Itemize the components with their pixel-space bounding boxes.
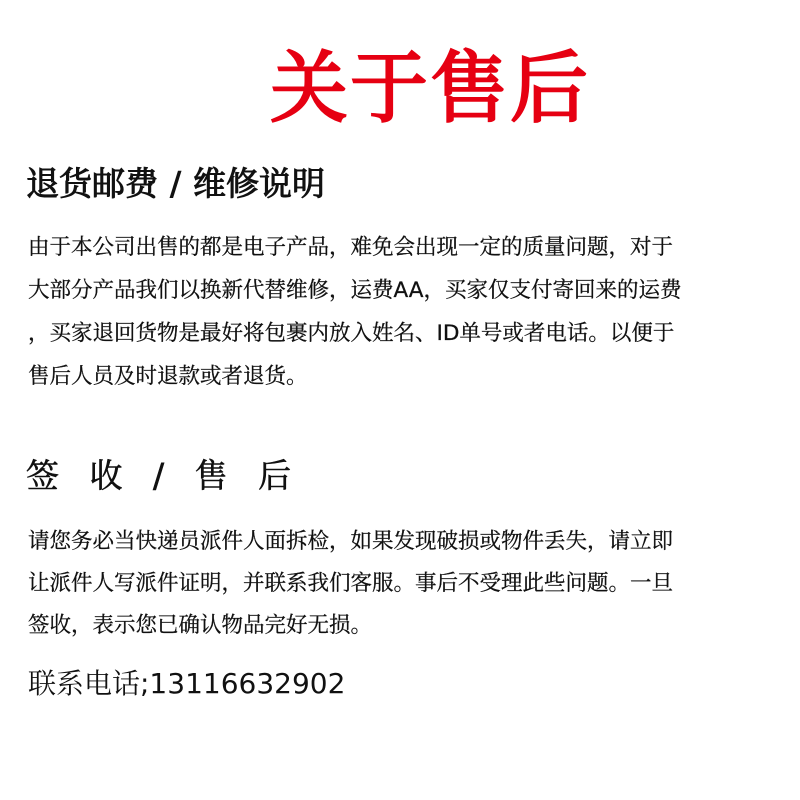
paragraph-line: 由于本公司出售的都是电子产品，难免会出现一定的质量问题，对于 <box>28 226 780 269</box>
contact-phone: 联系电话;13116632902 <box>28 664 345 704</box>
paragraph-line: 请您务必当快递员派件人面拆检，如果发现破损或物件丢失，请立即 <box>28 521 780 563</box>
paragraph-line: ，买家退回货物是最好将包裹内放入姓名、ID单号或者电话。以便于 <box>28 312 780 355</box>
paragraph-line: 大部分产品我们以换新代替维修，运费AA，买家仅支付寄回来的运费 <box>28 269 780 312</box>
section-heading-returns: 退货邮费 / 维修说明 <box>26 164 325 204</box>
signing-paragraph: 请您务必当快递员派件人面拆检，如果发现破损或物件丢失，请立即 让派件人写派件证明… <box>28 521 780 647</box>
returns-paragraph: 由于本公司出售的都是电子产品，难免会出现一定的质量问题，对于 大部分产品我们以换… <box>28 226 780 398</box>
paragraph-line: 售后人员及时退款或者退货。 <box>28 355 780 398</box>
paragraph-line: 签收，表示您已确认物品完好无损。 <box>28 605 780 647</box>
paragraph-line: 让派件人写派件证明，并联系我们客服。事后不受理此些问题。一旦 <box>28 563 780 605</box>
page-title: 关于售后 <box>0 44 800 134</box>
section-heading-signing: 签 收 / 售 后 <box>26 456 301 496</box>
